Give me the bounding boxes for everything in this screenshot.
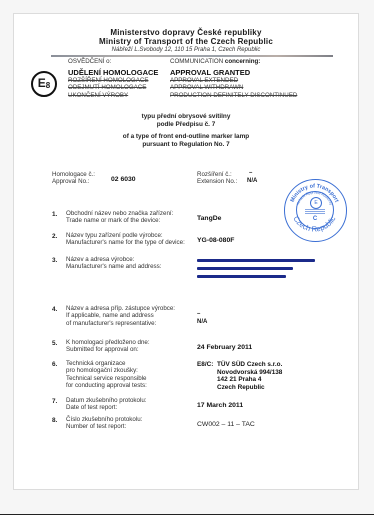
item-4-value: N/A (197, 319, 207, 325)
item-3-number: 3. (52, 257, 57, 264)
item-6-value-line2: Novodvorská 994/138 (217, 369, 282, 377)
item-6-label-en2: for conducting approval tests: (66, 382, 147, 389)
option-en-withdrawn: APPROVAL WITHDRAWN (170, 84, 297, 91)
communication-label-en: COMMUNICATION concerning: (170, 58, 260, 65)
stamp-e-mark-icon: E (310, 197, 322, 209)
ministry-title-cz: Ministerstvo dopravy České republiky (14, 28, 358, 37)
item-6-value: TÜV SÜD Czech s.r.o. Novodvorská 994/138… (217, 361, 282, 391)
item-6-label-cz: Technická organizace (66, 360, 147, 367)
item-7-label-cz: Datum zkušebního protokolu: (66, 397, 146, 404)
options-en: APPROVAL GRANTED APPROVAL EXTENDED APPRO… (170, 69, 297, 99)
e8-approval-mark-icon: E8 (31, 71, 57, 97)
item-7-label: Datum zkušebního protokolu: Date of test… (66, 397, 146, 412)
item-4-dash: – (197, 311, 200, 317)
option-en-granted: APPROVAL GRANTED (170, 69, 297, 77)
ministry-title-en: Ministry of Transport of the Czech Repub… (14, 37, 358, 46)
item-7-label-en: Date of test report: (66, 404, 146, 411)
item-5-value: 24 February 2011 (197, 344, 252, 351)
extension-no-value: N/A (247, 178, 257, 184)
approval-mark-letter: E (38, 76, 46, 90)
item-6-label: Technická organizace pro homologační zko… (66, 360, 147, 390)
subject-cz-line1: typu přední obrysové svítilny (14, 113, 358, 120)
redaction-bar (197, 275, 286, 278)
item-1-value: TangDe (197, 215, 221, 222)
stamp-small-text (305, 209, 325, 215)
extension-no-label: Rozšíření č.: Extension No.: (197, 171, 237, 186)
option-en-extended: APPROVAL EXTENDED (170, 77, 297, 84)
item-6-label-cz2: pro homologační zkoušky: (66, 367, 147, 374)
item-2-value: YG-08-080F (197, 237, 234, 244)
subject-en-line1: of a type of front end-outline marker la… (14, 133, 358, 140)
item-3-label: Název a adresa výrobce: Manufacturer's n… (66, 256, 161, 271)
subject-en-line2: pursuant to Regulation No. 7 (14, 141, 358, 148)
item-6-value-line1: TÜV SÜD Czech s.r.o. (217, 361, 282, 369)
extension-no-dash: – (249, 170, 252, 176)
item-6-number: 6. (52, 361, 57, 368)
approval-no-value: 02 6030 (111, 176, 136, 183)
item-4-label: Název a adresa příp. zástupce výrobce: I… (66, 305, 175, 327)
option-en-discontinued: PRODUCTION DEFINITELY DISCONTINUED (170, 92, 297, 99)
item-2-label: Název typu zařízení podle výrobce: Manuf… (66, 232, 185, 247)
item-5-label-cz: K homologaci předloženo dne: (66, 339, 150, 346)
subject-cz-line2: podle Předpisu č. 7 (14, 121, 358, 128)
item-4-label-en2: of manufacturer's representative: (66, 320, 175, 327)
item-4-number: 4. (52, 306, 57, 313)
option-cz-extended: ROZŠÍŘENÍ HOMOLOGACE (68, 77, 158, 84)
options-cz: UDĚLENÍ HOMOLOGACE ROZŠÍŘENÍ HOMOLOGACE … (68, 69, 158, 99)
item-8-label: Číslo zkušebního protokolu: Number of te… (66, 416, 142, 431)
stamp-inner-ring: E C (296, 191, 334, 229)
redaction-bar (197, 259, 315, 262)
item-7-value: 17 March 2011 (197, 402, 243, 409)
extension-no-label-en: Extension No.: (197, 178, 237, 185)
item-1-label-en: Trade name or mark of the device: (66, 217, 173, 224)
item-1-label: Obchodní název nebo značka zařízení: Tra… (66, 210, 173, 225)
communication-label-cz: OSVĚDČENÍ o: (68, 58, 111, 65)
option-cz-granted: UDĚLENÍ HOMOLOGACE (68, 69, 158, 77)
option-cz-discontinued: UKONČENÍ VÝROBY (68, 92, 158, 99)
redaction-bar (197, 267, 293, 270)
item-1-label-cz: Obchodní název nebo značka zařízení: (66, 210, 173, 217)
communication-label-en-prefix: COMMUNICATION (170, 58, 223, 65)
extension-no-label-cz: Rozšíření č.: (197, 171, 237, 178)
item-6-value-prefix: E8/C: (197, 361, 213, 368)
item-1-number: 1. (52, 211, 57, 218)
item-5-label: K homologaci předloženo dne: Submitted f… (66, 339, 150, 354)
item-8-number: 8. (52, 417, 57, 424)
item-3-label-cz: Název a adresa výrobce: (66, 256, 161, 263)
stamp-center-letter: C (297, 216, 333, 222)
item-2-number: 2. (52, 233, 57, 240)
item-6-label-en: Technical service responsible (66, 375, 147, 382)
item-6-value-line4: Czech Republic (217, 384, 282, 392)
document-page: Ministerstvo dopravy České republiky Min… (13, 13, 359, 490)
option-cz-withdrawn: ODEJMUTÍ HOMOLOGACE (68, 84, 158, 91)
approval-no-label-cz: Homologace č.: (52, 171, 95, 178)
item-7-number: 7. (52, 398, 57, 405)
item-3-label-en: Manufacturer's name and address: (66, 263, 161, 270)
item-4-label-en: If applicable, name and address (66, 312, 175, 319)
approval-no-label: Homologace č.: Approval No.: (52, 171, 95, 186)
item-6-value-line3: 142 21 Praha 4 (217, 376, 282, 384)
approval-no-label-en: Approval No.: (52, 178, 95, 185)
item-8-value: CW002 – 11 – TAC (197, 421, 255, 428)
item-8-label-cz: Číslo zkušebního protokolu: (66, 416, 142, 423)
item-4-label-cz: Název a adresa příp. zástupce výrobce: (66, 305, 175, 312)
item-2-label-cz: Název typu zařízení podle výrobce: (66, 232, 185, 239)
header-divider (51, 55, 333, 57)
item-5-label-en: Submitted for approval on: (66, 346, 150, 353)
item-8-label-en: Number of test report: (66, 423, 142, 430)
official-stamp: Ministry of Transport Vehicle Approval A… (284, 179, 347, 242)
approval-mark-number: 8 (46, 81, 50, 90)
item-2-label-en: Manufacturer's name for the type of devi… (66, 239, 185, 246)
item-5-number: 5. (52, 340, 57, 347)
communication-label-en-suffix: concerning: (225, 58, 260, 65)
ministry-address: Nábřeží L.Svobody 12, 110 15 Praha 1, Cz… (14, 47, 358, 53)
